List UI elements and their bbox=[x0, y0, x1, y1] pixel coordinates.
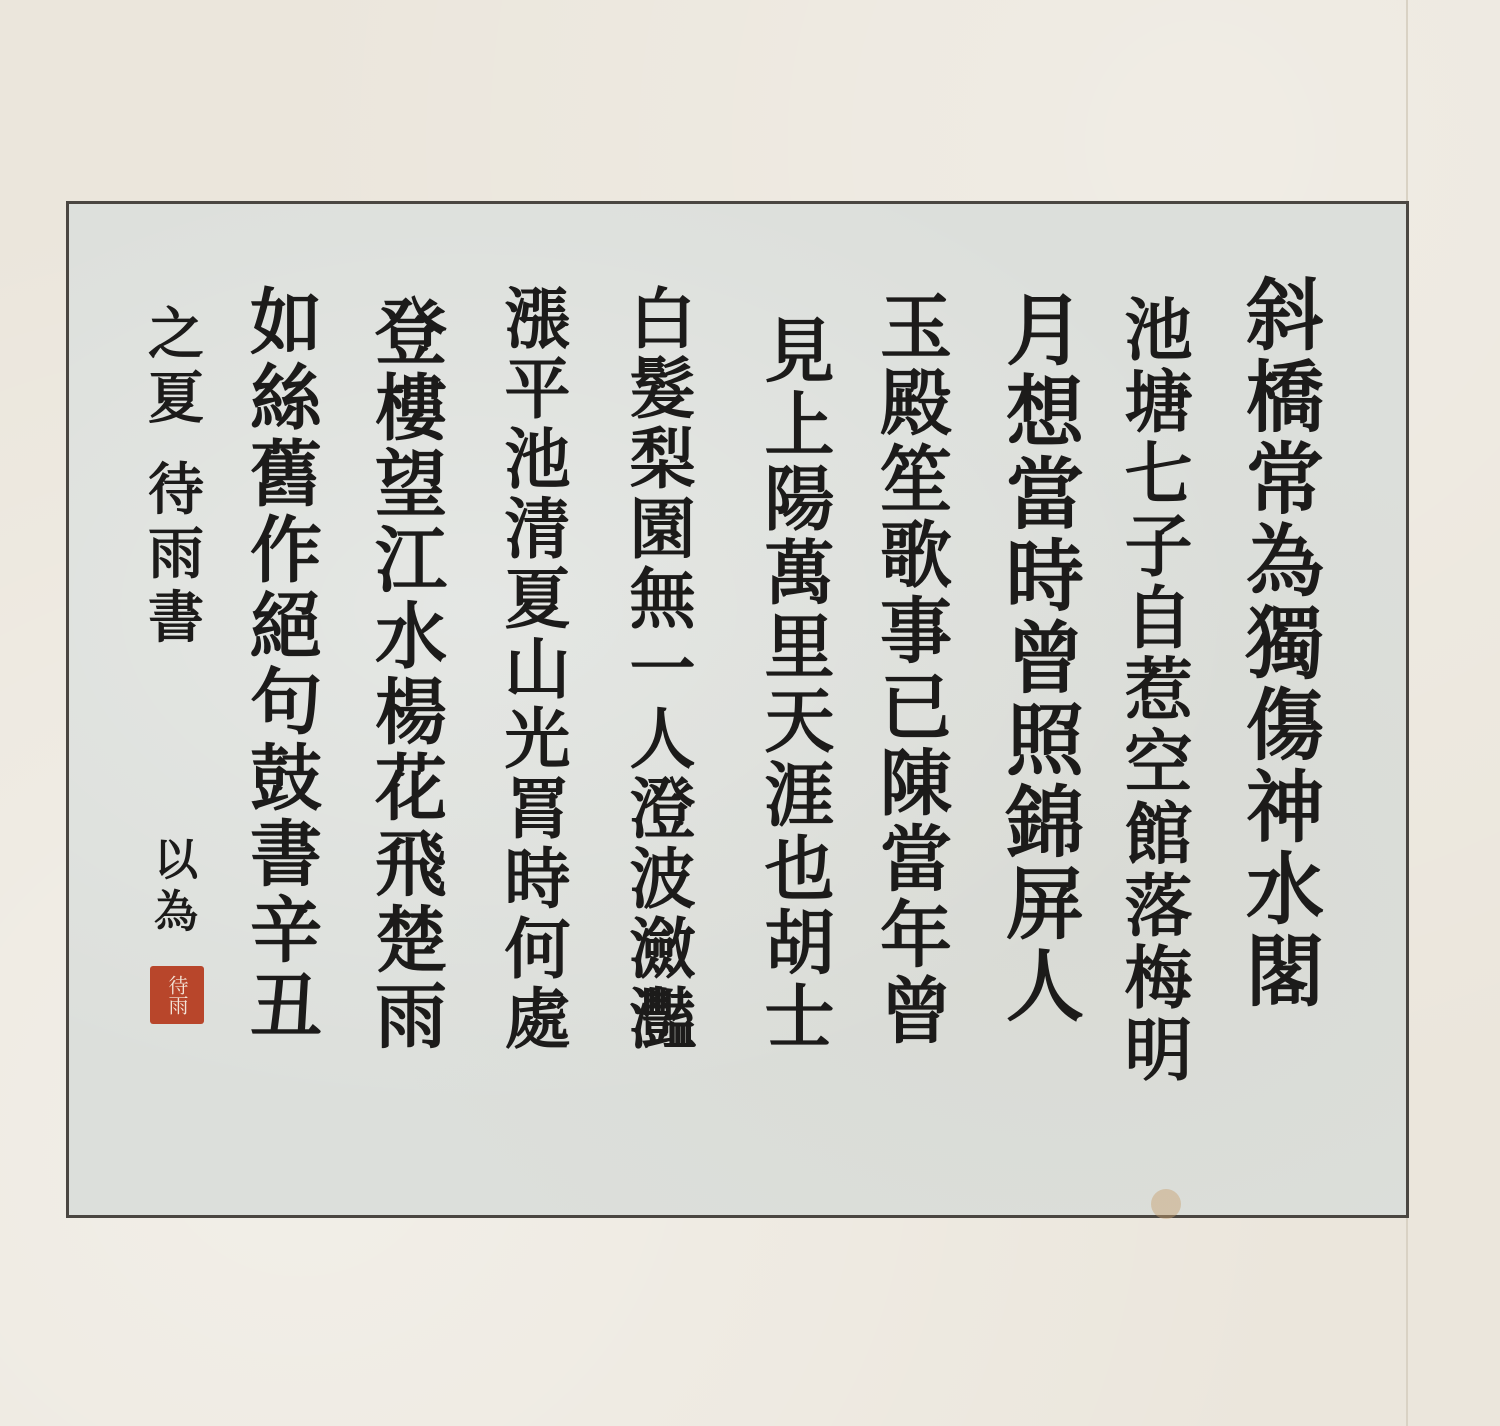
red-seal-stamp: 待雨 bbox=[150, 966, 204, 1024]
text-column-8: 登樓望江水楊花飛楚雨 bbox=[369, 294, 441, 1054]
text-column-1: 斜橋常為獨傷神水閣 bbox=[1239, 274, 1317, 1012]
text-column-9: 如絲舊作絕句鼓書辛丑 bbox=[244, 284, 316, 1044]
text-column-7: 漲平池清夏山光罥時何處 bbox=[499, 284, 565, 1054]
text-column-2: 池塘七子自惹空館落梅明 bbox=[1119, 294, 1187, 1086]
text-column-10: 之夏 待雨書 bbox=[144, 304, 200, 652]
text-column-4: 玉殿笙歌事已陳當年曾 bbox=[874, 289, 946, 1049]
text-column-6: 白髮梨園無一人澄波瀲灩 bbox=[624, 284, 690, 1054]
text-column-5: 見上陽萬里天涯也胡士 bbox=[759, 314, 829, 1054]
calligraphy-panel: 斜橋常為獨傷神水閣 池塘七子自惹空館落梅明 月想當時曾照錦屏人 玉殿笙歌事已陳當… bbox=[66, 201, 1409, 1218]
signature: 以為 bbox=[149, 836, 193, 940]
text-column-3: 月想當時曾照錦屏人 bbox=[999, 289, 1077, 1027]
foxing-stain bbox=[1151, 1189, 1181, 1219]
